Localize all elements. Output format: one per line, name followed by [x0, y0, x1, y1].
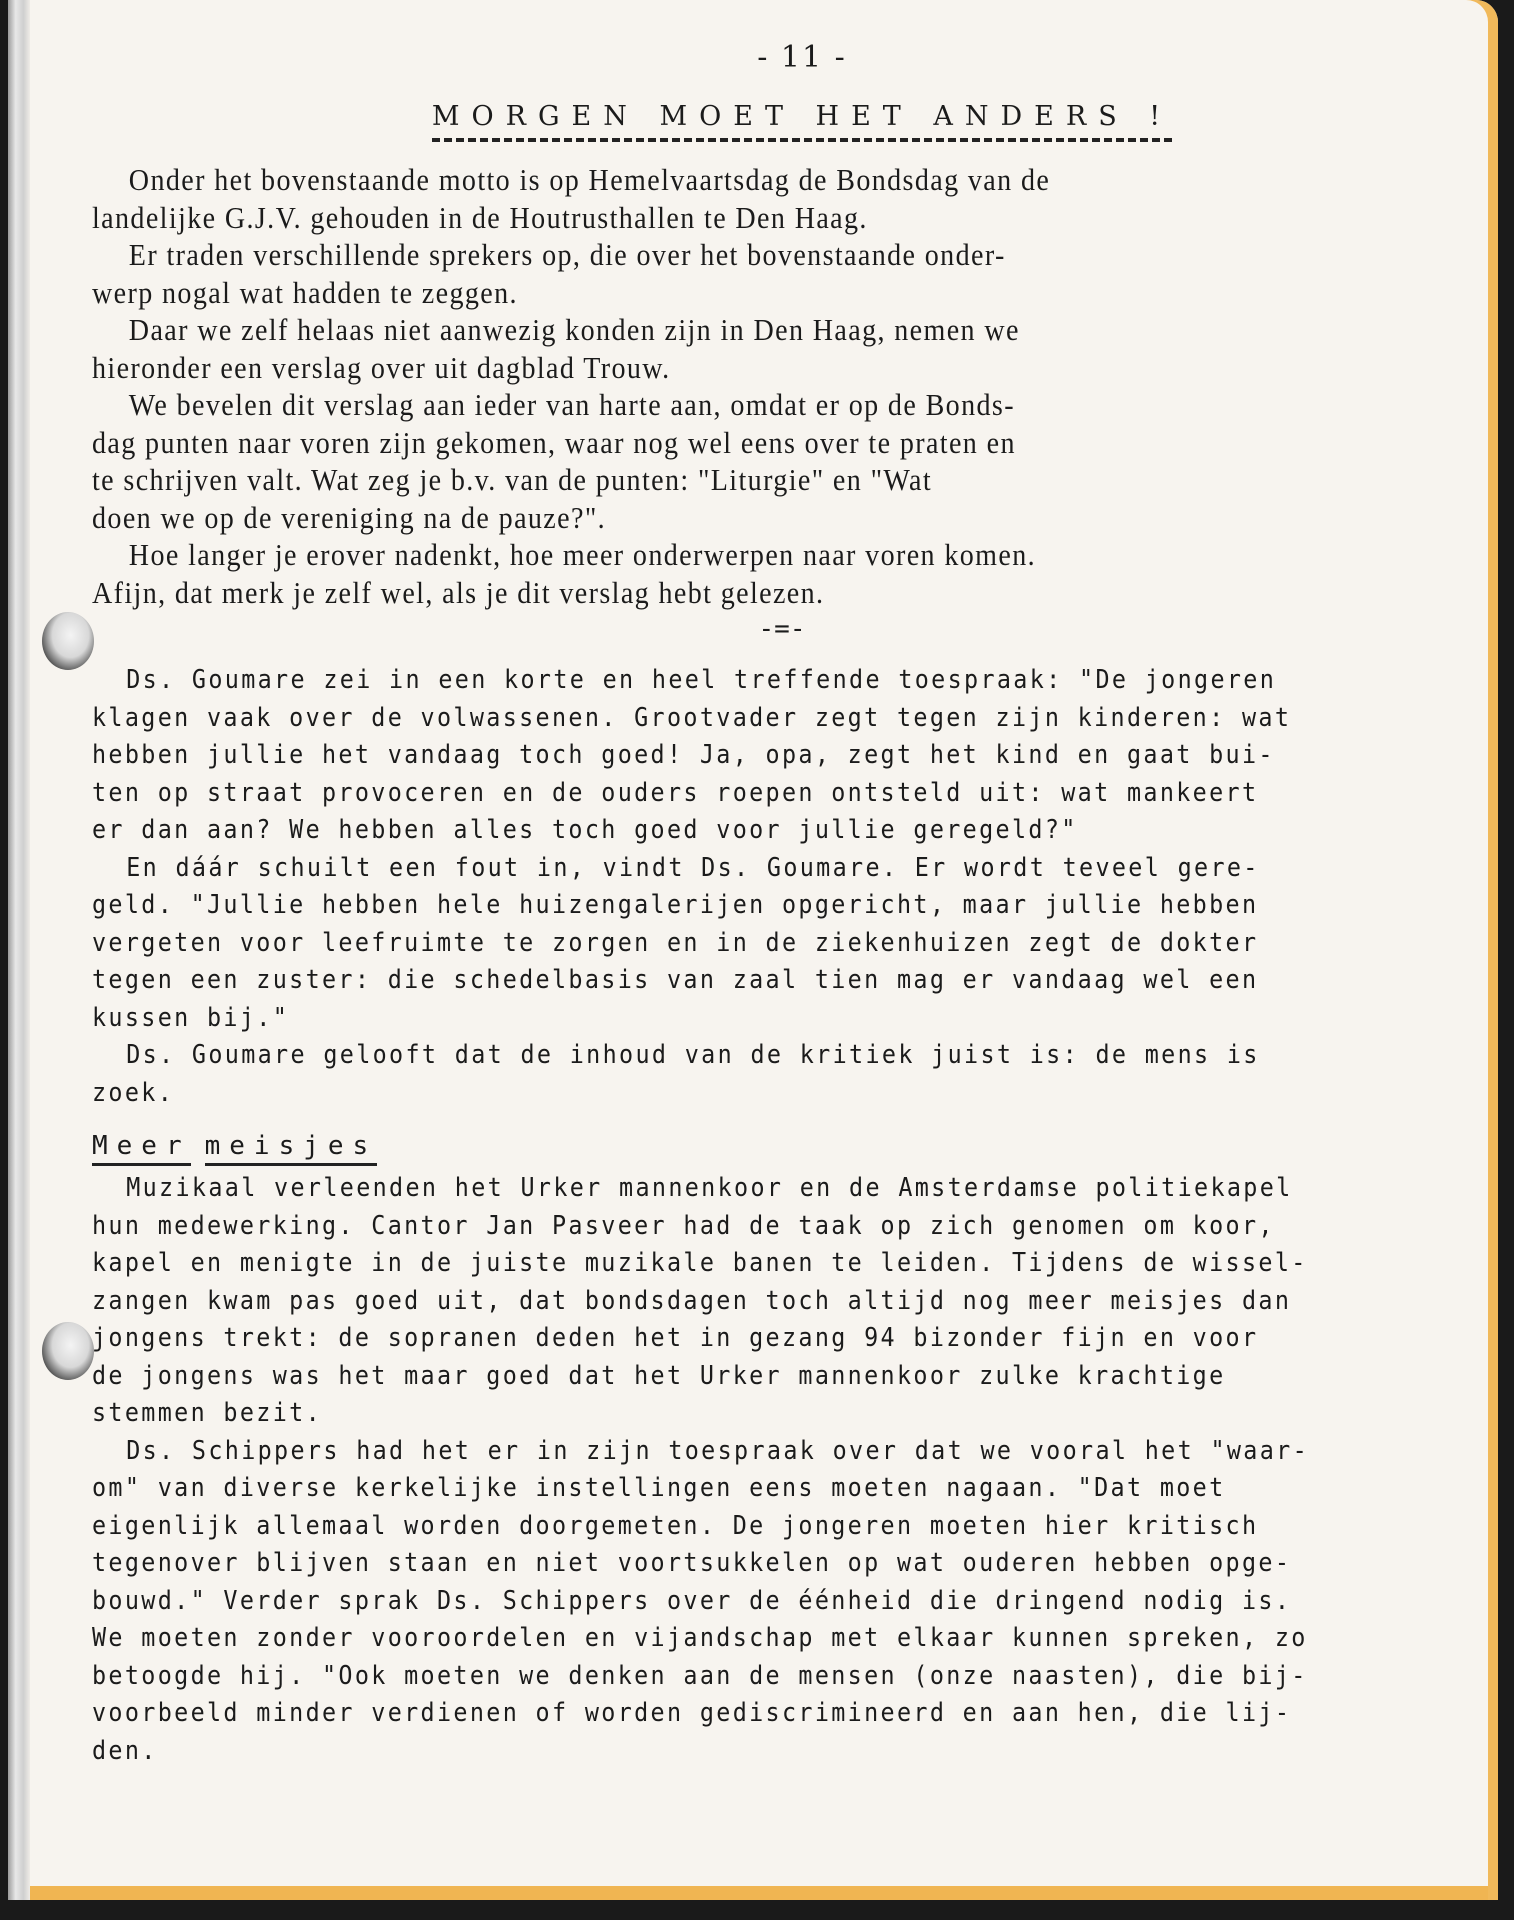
text-line: Ds. Schippers had het er in zijn toespra…: [92, 1433, 1496, 1471]
text-line: jongens trekt: de sopranen deden het in …: [92, 1320, 1496, 1358]
text-line: Er traden verschillende sprekers op, die…: [92, 237, 1454, 275]
text-line: er dan aan? We hebben alles toch goed vo…: [92, 812, 1496, 850]
text-line: landelijke G.J.V. gehouden in de Houtrus…: [92, 200, 1454, 238]
subheading-word: Meer: [92, 1131, 191, 1166]
text-line: voorbeeld minder verdienen of worden ged…: [92, 1695, 1496, 1733]
text-line: te schrijven valt. Wat zeg je b.v. van d…: [92, 462, 1454, 500]
page-title: MORGEN MOET HET ANDERS !: [92, 101, 1452, 132]
punch-hole: [42, 1322, 94, 1380]
text-line: eigenlijk allemaal worden doorgemeten. D…: [92, 1508, 1496, 1546]
text-line: En dáár schuilt een fout in, vindt Ds. G…: [92, 850, 1496, 888]
title-text: MORGEN MOET HET ANDERS !: [432, 101, 1172, 142]
text-line: Onder het bovenstaande motto is op Hemel…: [92, 162, 1454, 200]
text-line: Ds. Goumare gelooft dat de inhoud van de…: [92, 1037, 1496, 1075]
text-line: geld. "Jullie hebben hele huizengalerije…: [92, 887, 1496, 925]
text-line: We moeten zonder vooroordelen en vijands…: [92, 1620, 1496, 1658]
text-line: zangen kwam pas goed uit, dat bondsdagen…: [92, 1283, 1496, 1321]
text-line: betoogde hij. "Ook moeten we denken aan …: [92, 1658, 1496, 1696]
article-section-2: Muzikaal verleenden het Urker mannenkoor…: [92, 1170, 1452, 1770]
text-line: Ds. Goumare zei in een korte en heel tre…: [92, 662, 1496, 700]
text-line: Hoe langer je erover nadenkt, hoe meer o…: [92, 537, 1454, 575]
intro-section: Onder het bovenstaande motto is op Hemel…: [92, 162, 1452, 612]
text-line: bouwd." Verder sprak Ds. Schippers over …: [92, 1583, 1496, 1621]
text-line: om" van diverse kerkelijke instellingen …: [92, 1470, 1496, 1508]
text-line: hebben jullie het vandaag toch goed! Ja,…: [92, 737, 1496, 775]
subheading: Meermeisjes: [92, 1126, 1452, 1166]
text-line: tegen een zuster: die schedelbasis van z…: [92, 962, 1496, 1000]
text-line: doen we op de vereniging na de pauze?".: [92, 500, 1454, 538]
text-line: hun medewerking. Cantor Jan Pasveer had …: [92, 1208, 1496, 1246]
text-line: klagen vaak over de volwassenen. Grootva…: [92, 700, 1496, 738]
text-line: vergeten voor leefruimte te zorgen en in…: [92, 925, 1496, 963]
text-line: ten op straat provoceren en de ouders ro…: [92, 775, 1496, 813]
text-line: dag punten naar voren zijn gekomen, waar…: [92, 425, 1454, 463]
page-number: - 11 -: [92, 40, 1452, 75]
text-line: Muzikaal verleenden het Urker mannenkoor…: [92, 1170, 1496, 1208]
text-line: Daar we zelf helaas niet aanwezig konden…: [92, 312, 1454, 350]
document-page: - 11 - MORGEN MOET HET ANDERS ! Onder he…: [8, 0, 1498, 1900]
subheading-word: meisjes: [205, 1131, 378, 1166]
punch-hole: [42, 612, 94, 670]
article-section-1: Ds. Goumare zei in een korte en heel tre…: [92, 662, 1452, 1112]
page-content: - 11 - MORGEN MOET HET ANDERS ! Onder he…: [92, 40, 1452, 1770]
text-line: We bevelen dit verslag aan ieder van har…: [92, 387, 1454, 425]
text-line: werp nogal wat hadden te zeggen.: [92, 275, 1454, 313]
text-line: Afijn, dat merk je zelf wel, als je dit …: [92, 575, 1454, 613]
text-line: kussen bij.": [92, 1000, 1496, 1038]
text-line: hieronder een verslag over uit dagblad T…: [92, 350, 1454, 388]
text-line: den.: [92, 1733, 1496, 1771]
text-line: stemmen bezit.: [92, 1395, 1496, 1433]
section-separator: -=-: [92, 614, 1452, 644]
text-line: tegenover blijven staan en niet voortsuk…: [92, 1545, 1496, 1583]
text-line: kapel en menigte in de juiste muzikale b…: [92, 1245, 1496, 1283]
text-line: de jongens was het maar goed dat het Urk…: [92, 1358, 1496, 1396]
binding-strip: [8, 0, 30, 1900]
text-line: zoek.: [92, 1075, 1496, 1113]
